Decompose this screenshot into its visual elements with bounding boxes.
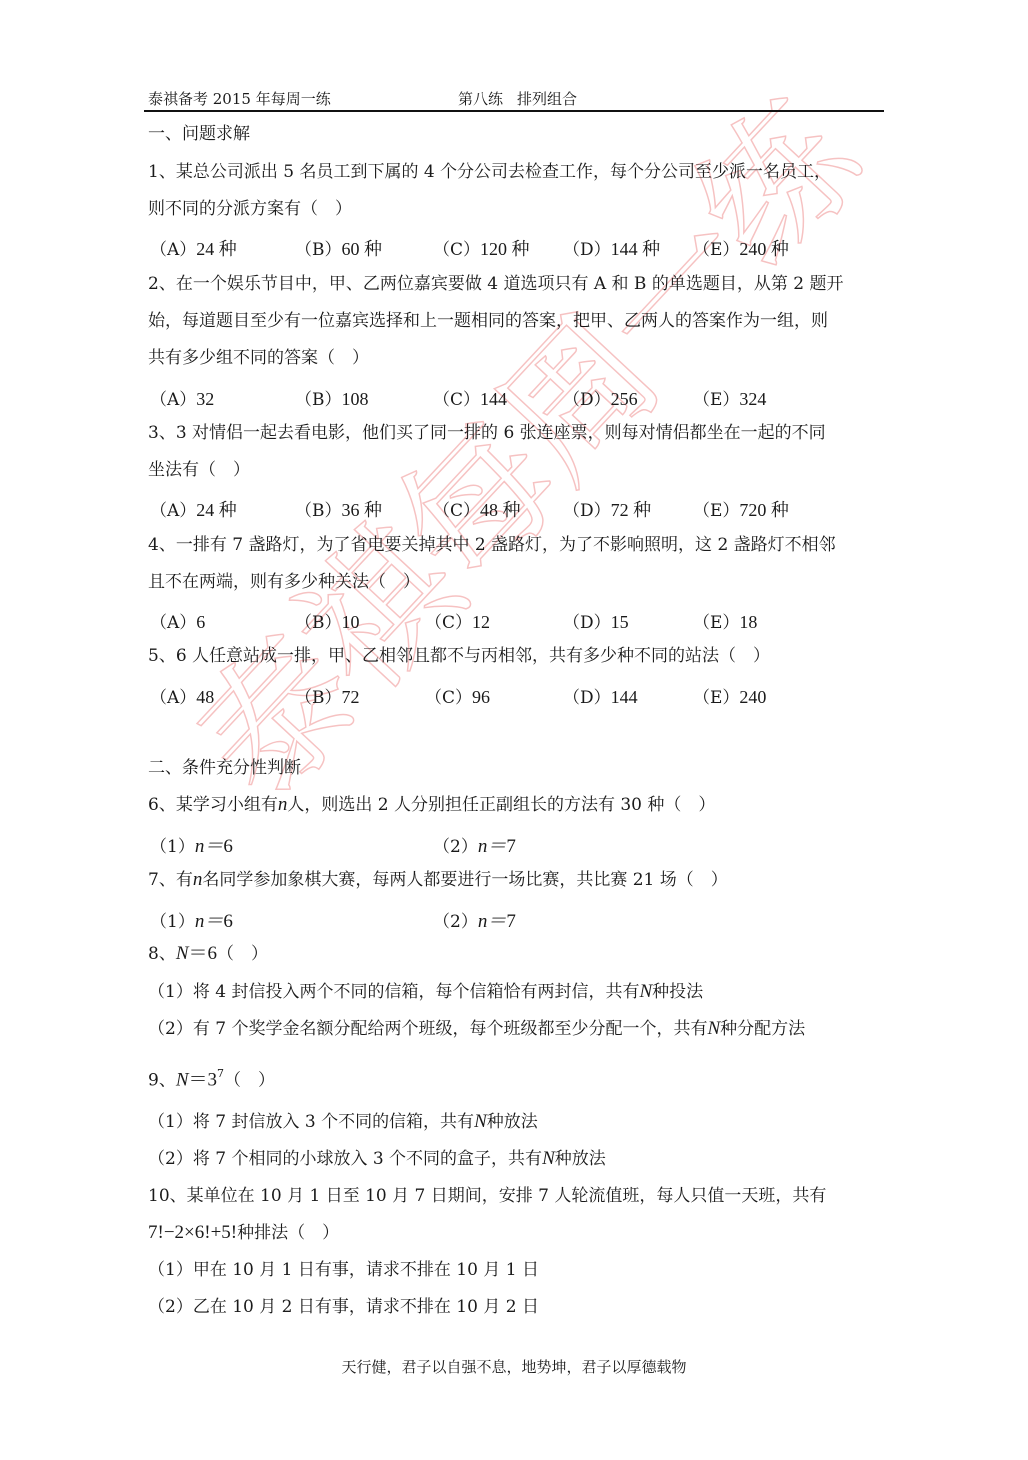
condition-1: （1）n＝6 bbox=[150, 906, 233, 933]
q10-line1: 10、某单位在 10 月 1 日至 10 月 7 日期间，安排 7 人轮流值班，… bbox=[148, 1185, 826, 1207]
q7-conditions: （1）n＝6 （2）n＝7 bbox=[150, 906, 890, 928]
option-a: （A）6 bbox=[150, 608, 205, 633]
q6-stem: 6、某学习小组有n人，则选出 2 人分别担任正副组长的方法有 30 种（ ） bbox=[148, 794, 715, 816]
option-e: （E）324 bbox=[693, 385, 766, 410]
q2-line1: 2、在一个娱乐节目中，甲、乙两位嘉宾要做 4 道选项只有 A 和 B 的单选题目… bbox=[148, 273, 843, 295]
q4-options: （A）6 （B）10 （C）12 （D）15 （E）18 bbox=[150, 608, 890, 630]
option-c: （C）144 bbox=[433, 385, 507, 410]
q9-condition-2: （2）将 7 个相同的小球放入 3 个不同的盒子，共有N种放法 bbox=[148, 1148, 606, 1170]
q10-condition-1: （1）甲在 10 月 1 日有事，请求不排在 10 月 1 日 bbox=[148, 1259, 539, 1281]
q9-condition-1: （1）将 7 封信放入 3 个不同的信箱，共有N种放法 bbox=[148, 1111, 538, 1133]
q8-condition-1: （1）将 4 封信投入两个不同的信箱，每个信箱恰有两封信，共有N种投法 bbox=[148, 981, 703, 1003]
section-title-1: 一、问题求解 bbox=[148, 123, 250, 145]
q1-line1: 1、某总公司派出 5 名员工到下属的 4 个分公司去检查工作，每个分公司至少派一… bbox=[148, 161, 831, 183]
q10-line2: 7!−2×6!+5!种排法（ ） bbox=[148, 1222, 339, 1244]
option-e: （E）720 种 bbox=[693, 496, 789, 522]
option-e: （E）240 种 bbox=[693, 235, 789, 261]
q5-line1: 5、6 人任意站成一排，甲、乙相邻且都不与丙相邻，共有多少种不同的站法（ ） bbox=[148, 645, 770, 667]
header-topic: 排列组合 bbox=[517, 90, 577, 108]
option-d: （D）256 bbox=[563, 385, 638, 410]
condition-2: （2）n＝7 bbox=[433, 831, 516, 858]
q8-stem: 8、N＝6（ ） bbox=[148, 943, 268, 965]
q1-line2: 则不同的分派方案有（ ） bbox=[148, 198, 352, 220]
option-c: （C）96 bbox=[425, 683, 490, 708]
option-a: （A）32 bbox=[150, 385, 214, 410]
q3-line1: 3、3 对情侣一起去看电影，他们买了同一排的 6 张连座票，则每对情侣都坐在一起… bbox=[148, 422, 826, 444]
q2-line3: 共有多少组不同的答案（ ） bbox=[148, 347, 369, 369]
q7-stem: 7、有n名同学参加象棋大赛，每两人都要进行一场比赛，共比赛 21 场（ ） bbox=[148, 869, 728, 891]
q10-condition-2: （2）乙在 10 月 2 日有事，请求不排在 10 月 2 日 bbox=[148, 1296, 539, 1318]
option-b: （B）72 bbox=[295, 683, 360, 708]
option-a: （A）24 种 bbox=[150, 235, 237, 261]
document-page: 泰祺每周一练 泰祺备考 2015 年每周一练 第八练排列组合 一、问题求解 1、… bbox=[0, 0, 1028, 1460]
header-rule bbox=[144, 110, 884, 112]
condition-2: （2）n＝7 bbox=[433, 906, 516, 933]
q2-line2: 始，每道题目至少有一位嘉宾选择和上一题相同的答案，把甲、乙两人的答案作为一组，则 bbox=[148, 310, 828, 332]
q3-line2: 坐法有（ ） bbox=[148, 459, 250, 481]
option-c: （C）48 种 bbox=[433, 496, 521, 522]
q1-options: （A）24 种 （B）60 种 （C）120 种 （D）144 种 （E）240… bbox=[150, 235, 890, 257]
option-e: （E）18 bbox=[693, 608, 757, 633]
q4-line2: 且不在两端，则有多少种关法（ ） bbox=[148, 571, 420, 593]
option-d: （D）144 种 bbox=[563, 235, 660, 261]
q8-condition-2: （2）有 7 个奖学金名额分配给两个班级，每个班级都至少分配一个，共有N种分配方… bbox=[148, 1018, 805, 1040]
q3-options: （A）24 种 （B）36 种 （C）48 种 （D）72 种 （E）720 种 bbox=[150, 496, 890, 518]
q5-options: （A）48 （B）72 （C）96 （D）144 （E）240 bbox=[150, 683, 890, 705]
option-c: （C）120 种 bbox=[433, 235, 530, 261]
option-d: （D）15 bbox=[563, 608, 629, 633]
option-a: （A）24 种 bbox=[150, 496, 237, 522]
q4-line1: 4、一排有 7 盏路灯，为了省电要关掉其中 2 盏路灯，为了不影响照明，这 2 … bbox=[148, 534, 836, 556]
header-lesson: 第八练 bbox=[458, 90, 503, 108]
option-b: （B）60 种 bbox=[295, 235, 382, 261]
q9-stem: 9、N＝37（ ） bbox=[148, 1065, 275, 1092]
option-c: （C）12 bbox=[425, 608, 490, 633]
page-footer: 天行健，君子以自强不息，地势坤，君子以厚德载物 bbox=[0, 1356, 1028, 1377]
option-b: （B）36 种 bbox=[295, 496, 382, 522]
option-b: （B）108 bbox=[295, 385, 369, 410]
option-e: （E）240 bbox=[693, 683, 766, 708]
condition-1: （1）n＝6 bbox=[150, 831, 233, 858]
q2-options: （A）32 （B）108 （C）144 （D）256 （E）324 bbox=[150, 385, 890, 407]
section-title-2: 二、条件充分性判断 bbox=[148, 757, 301, 779]
option-d: （D）144 bbox=[563, 683, 638, 708]
header-left: 泰祺备考 2015 年每周一练 bbox=[148, 88, 331, 109]
option-a: （A）48 bbox=[150, 683, 214, 708]
page-header: 泰祺备考 2015 年每周一练 第八练排列组合 bbox=[148, 88, 884, 110]
option-b: （B）10 bbox=[295, 608, 360, 633]
header-center: 第八练排列组合 bbox=[458, 88, 577, 109]
q6-conditions: （1）n＝6 （2）n＝7 bbox=[150, 831, 890, 853]
option-d: （D）72 种 bbox=[563, 496, 651, 522]
